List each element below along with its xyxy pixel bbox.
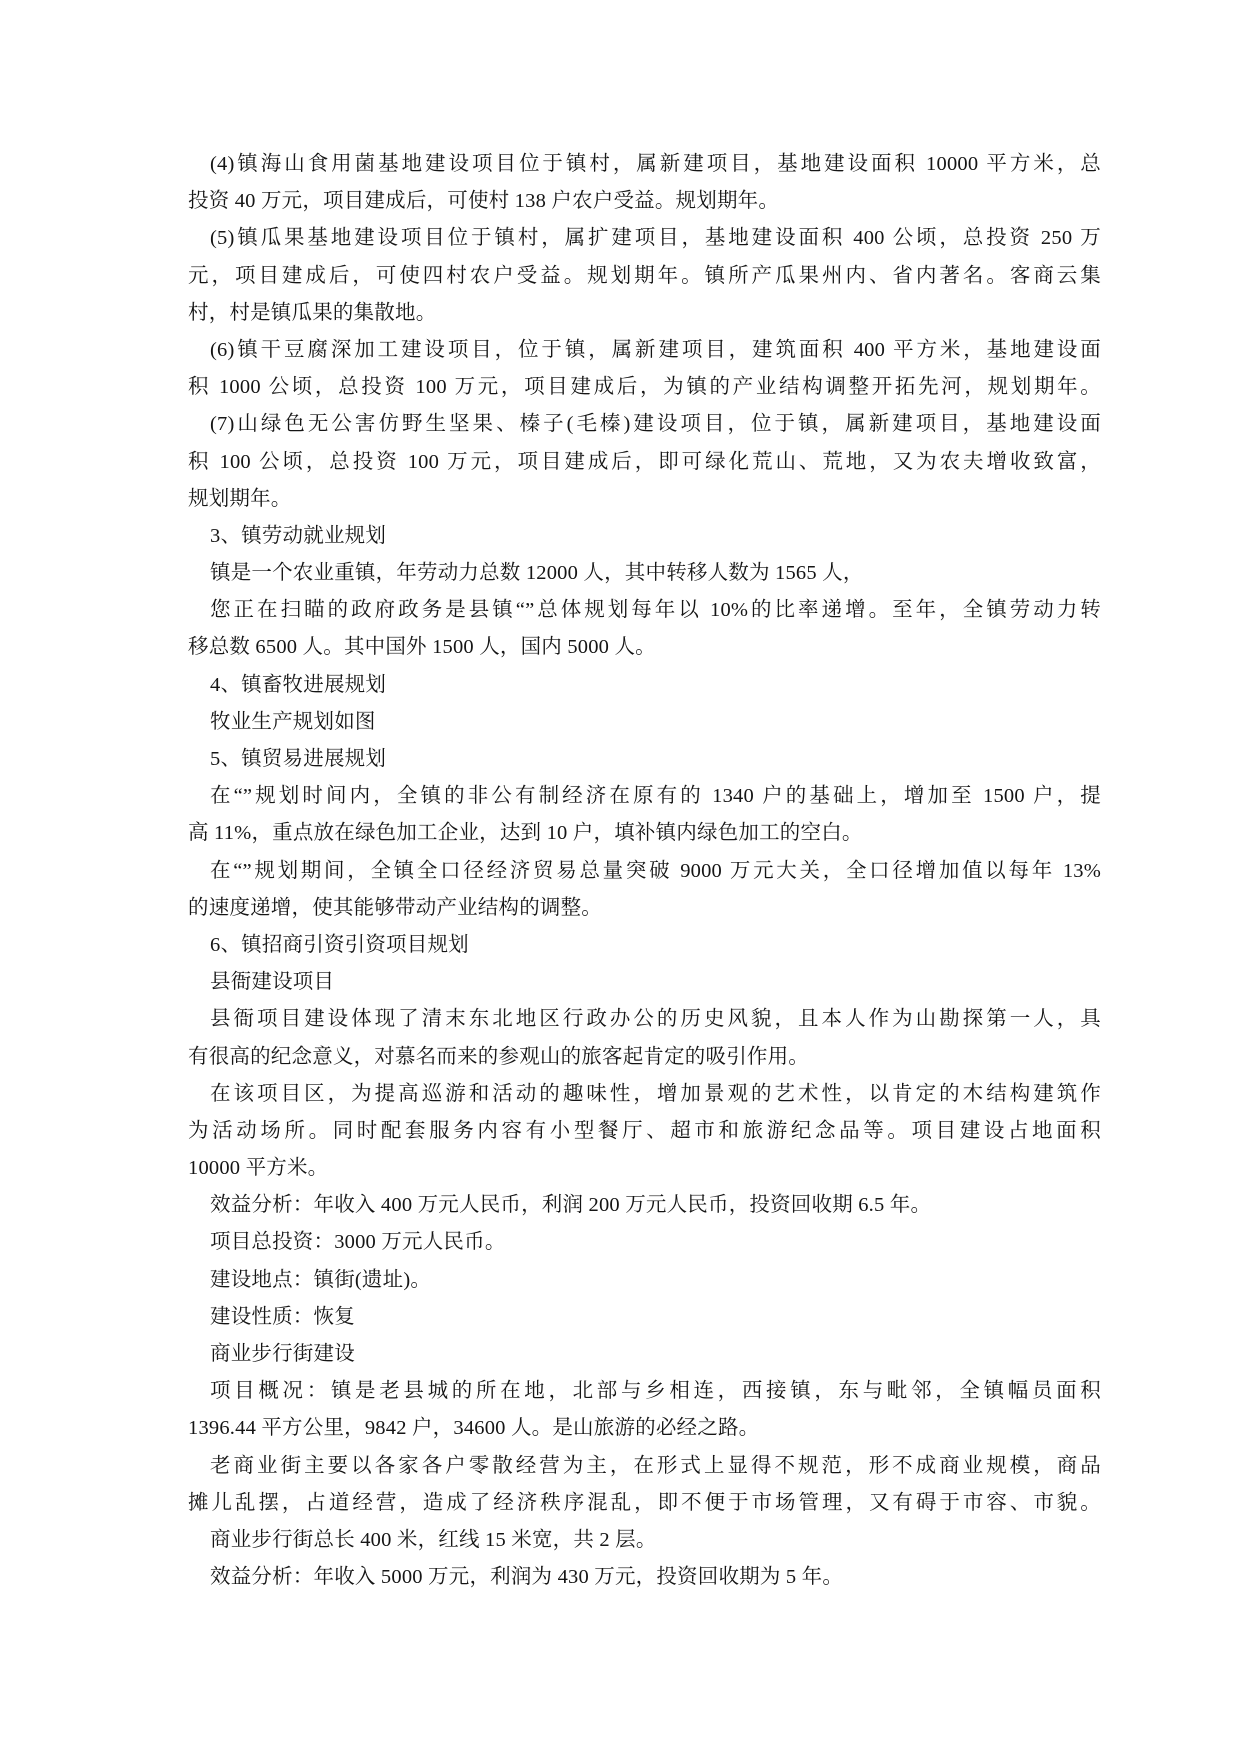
paragraph: 效益分析：年收入 400 万元人民币，利润 200 万元人民币，投资回收期 6.… (188, 1187, 1101, 1224)
text-line: 移总数 6500 人。其中国外 1500 人，国内 5000 人。 (188, 629, 1101, 666)
text-line: 有很高的纪念意义，对慕名而来的参观山的旅客起肯定的吸引作用。 (188, 1039, 1101, 1076)
paragraph: 县衙建设项目 (188, 964, 1101, 1001)
document-body: (4)镇海山食用菌基地建设项目位于镇村，属新建项目，基地建设面积 10000 平… (188, 146, 1101, 1596)
text-line: 在该项目区，为提高巡游和活动的趣味性，增加景观的艺术性，以肯定的木结构建筑作 (188, 1076, 1101, 1113)
text-line: 建设地点：镇街(遗址)。 (188, 1262, 1101, 1299)
document-page: (4)镇海山食用菌基地建设项目位于镇村，属新建项目，基地建设面积 10000 平… (0, 0, 1240, 1753)
text-line: 积 100 公顷，总投资 100 万元，项目建成后，即可绿化荒山、荒地，又为农夫… (188, 444, 1101, 481)
text-line: 10000 平方米。 (188, 1150, 1101, 1187)
text-line: 6、镇招商引资引资项目规划 (188, 927, 1101, 964)
text-line: 商业步行街建设 (188, 1336, 1101, 1373)
text-line: 县衙项目建设体现了清末东北地区行政办公的历史风貌，且本人作为山勘探第一人，具 (188, 1001, 1101, 1038)
text-line: 高 11%，重点放在绿色加工企业，达到 10 户，填补镇内绿色加工的空白。 (188, 815, 1101, 852)
paragraph: 5、镇贸易进展规划 (188, 741, 1101, 778)
text-line: 县衙建设项目 (188, 964, 1101, 1001)
text-line: 您正在扫瞄的政府政务是县镇“”总体规划每年以 10%的比率递增。至年，全镇劳动力… (188, 592, 1101, 629)
text-line: 项目概况：镇是老县城的所在地，北部与乡相连，西接镇，东与毗邻，全镇幅员面积 (188, 1373, 1101, 1410)
paragraph: 6、镇招商引资引资项目规划 (188, 927, 1101, 964)
paragraph: (6)镇干豆腐深加工建设项目，位于镇，属新建项目，建筑面积 400 平方米，基地… (188, 332, 1101, 406)
paragraph: 商业步行街建设 (188, 1336, 1101, 1373)
text-line: (5)镇瓜果基地建设项目位于镇村，属扩建项目，基地建设面积 400 公顷，总投资… (188, 220, 1101, 257)
text-line: 建设性质：恢复 (188, 1299, 1101, 1336)
text-line: 村，村是镇瓜果的集散地。 (188, 295, 1101, 332)
text-line: 元，项目建成后，可使四村农户受益。规划期年。镇所产瓜果州内、省内著名。客商云集 (188, 258, 1101, 295)
paragraph: 建设性质：恢复 (188, 1299, 1101, 1336)
paragraph: 项目总投资：3000 万元人民币。 (188, 1224, 1101, 1261)
text-line: 在“”规划期间，全镇全口径经济贸易总量突破 9000 万元大关，全口径增加值以每… (188, 853, 1101, 890)
text-line: (7)山绿色无公害仿野生坚果、榛子(毛榛)建设项目，位于镇，属新建项目，基地建设… (188, 406, 1101, 443)
paragraph: 在“”规划时间内，全镇的非公有制经济在原有的 1340 户的基础上，增加至 15… (188, 778, 1101, 852)
text-line: 老商业街主要以各家各户零散经营为主，在形式上显得不规范，形不成商业规模，商品 (188, 1448, 1101, 1485)
paragraph: 在该项目区，为提高巡游和活动的趣味性，增加景观的艺术性，以肯定的木结构建筑作为活… (188, 1076, 1101, 1188)
paragraph: 建设地点：镇街(遗址)。 (188, 1262, 1101, 1299)
text-line: (6)镇干豆腐深加工建设项目，位于镇，属新建项目，建筑面积 400 平方米，基地… (188, 332, 1101, 369)
paragraph: 效益分析：年收入 5000 万元，利润为 430 万元，投资回收期为 5 年。 (188, 1559, 1101, 1596)
paragraph: (5)镇瓜果基地建设项目位于镇村，属扩建项目，基地建设面积 400 公顷，总投资… (188, 220, 1101, 332)
paragraph: 镇是一个农业重镇，年劳动力总数 12000 人，其中转移人数为 1565 人， (188, 555, 1101, 592)
text-line: 4、镇畜牧进展规划 (188, 667, 1101, 704)
text-line: 规划期年。 (188, 481, 1101, 518)
text-line: 为活动场所。同时配套服务内容有小型餐厅、超市和旅游纪念品等。项目建设占地面积 (188, 1113, 1101, 1150)
paragraph: 项目概况：镇是老县城的所在地，北部与乡相连，西接镇，东与毗邻，全镇幅员面积139… (188, 1373, 1101, 1447)
paragraph: 您正在扫瞄的政府政务是县镇“”总体规划每年以 10%的比率递增。至年，全镇劳动力… (188, 592, 1101, 666)
paragraph: (4)镇海山食用菌基地建设项目位于镇村，属新建项目，基地建设面积 10000 平… (188, 146, 1101, 220)
paragraph: 商业步行街总长 400 米，红线 15 米宽，共 2 层。 (188, 1522, 1101, 1559)
paragraph: 在“”规划期间，全镇全口径经济贸易总量突破 9000 万元大关，全口径增加值以每… (188, 853, 1101, 927)
text-line: 项目总投资：3000 万元人民币。 (188, 1224, 1101, 1261)
paragraph: 老商业街主要以各家各户零散经营为主，在形式上显得不规范，形不成商业规模，商品摊儿… (188, 1448, 1101, 1522)
text-line: 投资 40 万元，项目建成后，可使村 138 户农户受益。规划期年。 (188, 183, 1101, 220)
text-line: 商业步行街总长 400 米，红线 15 米宽，共 2 层。 (188, 1522, 1101, 1559)
text-line: 1396.44 平方公里，9842 户，34600 人。是山旅游的必经之路。 (188, 1410, 1101, 1447)
paragraph: 3、镇劳动就业规划 (188, 518, 1101, 555)
text-line: 效益分析：年收入 5000 万元，利润为 430 万元，投资回收期为 5 年。 (188, 1559, 1101, 1596)
text-line: 积 1000 公顷，总投资 100 万元，项目建成后，为镇的产业结构调整开拓先河… (188, 369, 1101, 406)
text-line: 5、镇贸易进展规划 (188, 741, 1101, 778)
paragraph: 4、镇畜牧进展规划 (188, 667, 1101, 704)
text-line: 镇是一个农业重镇，年劳动力总数 12000 人，其中转移人数为 1565 人， (188, 555, 1101, 592)
text-line: 的速度递增，使其能够带动产业结构的调整。 (188, 890, 1101, 927)
paragraph: 县衙项目建设体现了清末东北地区行政办公的历史风貌，且本人作为山勘探第一人，具有很… (188, 1001, 1101, 1075)
text-line: 效益分析：年收入 400 万元人民币，利润 200 万元人民币，投资回收期 6.… (188, 1187, 1101, 1224)
paragraph: (7)山绿色无公害仿野生坚果、榛子(毛榛)建设项目，位于镇，属新建项目，基地建设… (188, 406, 1101, 518)
text-line: (4)镇海山食用菌基地建设项目位于镇村，属新建项目，基地建设面积 10000 平… (188, 146, 1101, 183)
text-line: 3、镇劳动就业规划 (188, 518, 1101, 555)
paragraph: 牧业生产规划如图 (188, 704, 1101, 741)
text-line: 牧业生产规划如图 (188, 704, 1101, 741)
text-line: 在“”规划时间内，全镇的非公有制经济在原有的 1340 户的基础上，增加至 15… (188, 778, 1101, 815)
text-line: 摊儿乱摆，占道经营，造成了经济秩序混乱，即不便于市场管理，又有碍于市容、市貌。 (188, 1485, 1101, 1522)
